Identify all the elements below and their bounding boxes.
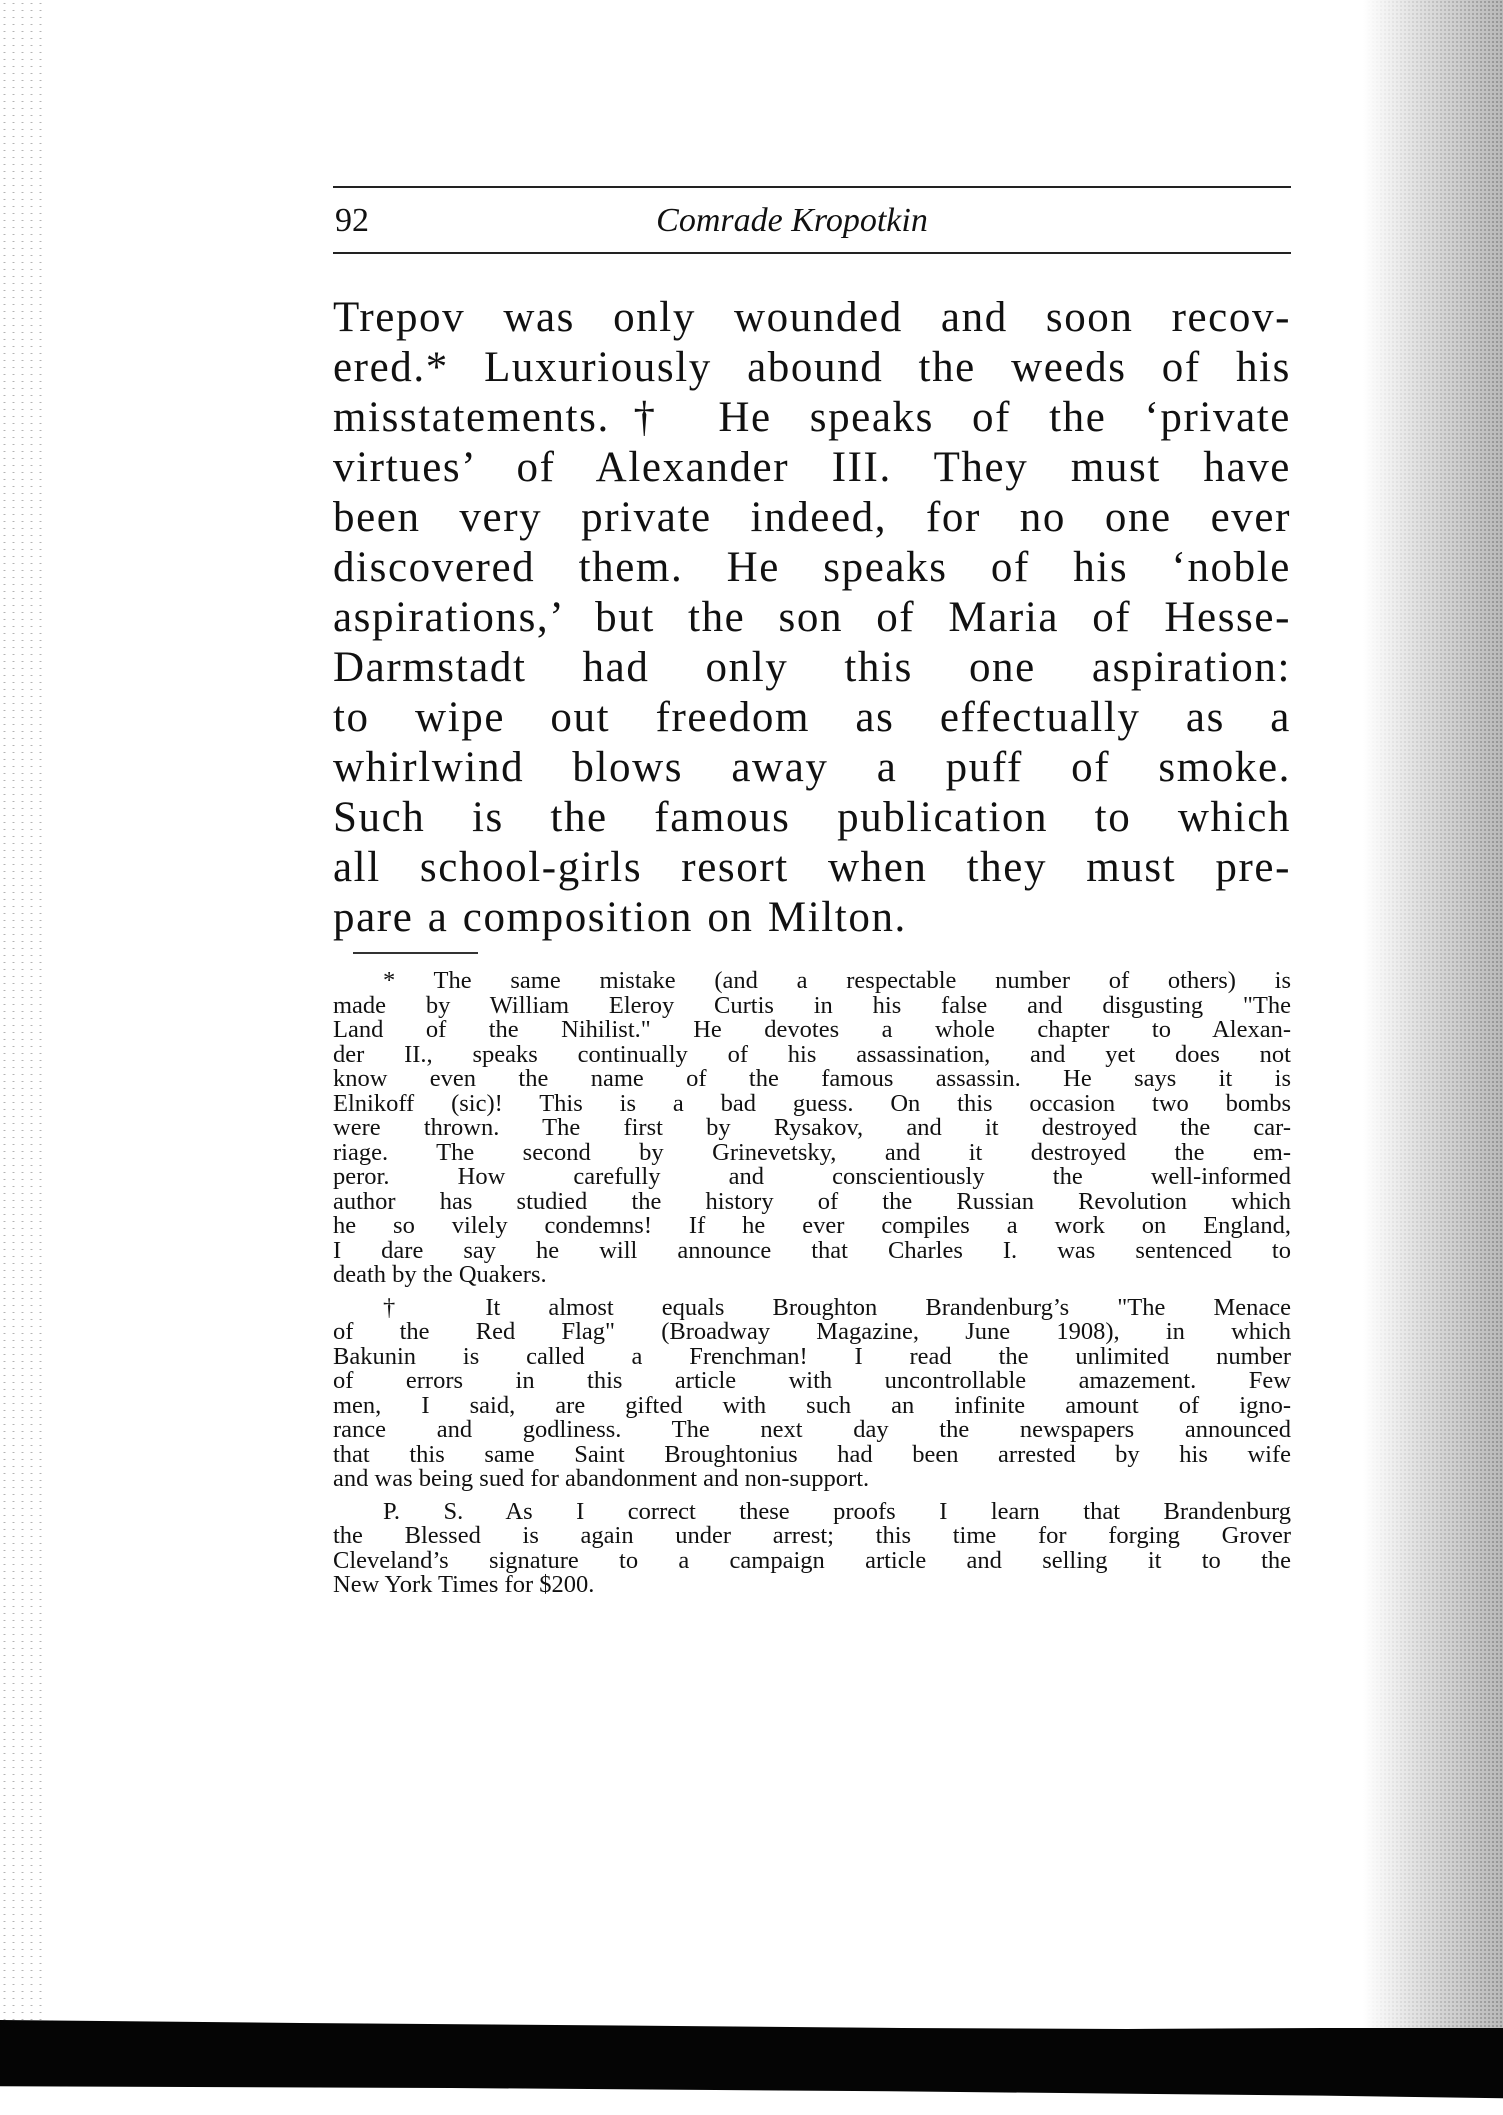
footnote-line: Land of the Nihilist." He devotes a whol… <box>333 1018 1291 1043</box>
body-line: virtues’ of Alexander III. They must hav… <box>333 443 1291 493</box>
footnote-line: Bakunin is called a Frenchman! I read th… <box>333 1345 1291 1370</box>
body-line: misstatements.† He speaks of the ‘privat… <box>333 393 1291 443</box>
footnote-separator <box>353 952 478 954</box>
footnote-line: der II., speaks continually of his assas… <box>333 1043 1291 1068</box>
footnote-postscript: P. S. As I correct these proofs I learn … <box>333 1500 1291 1598</box>
footnote-line: I dare say he will announce that Charles… <box>333 1239 1291 1264</box>
footnote-line: of the Red Flag" (Broadway Magazine, Jun… <box>333 1320 1291 1345</box>
footnote-line: that this same Saint Broughtonius had be… <box>333 1443 1291 1468</box>
footnotes: * The same mistake (and a respectable nu… <box>333 969 1291 1606</box>
body-line: aspirations,’ but the son of Maria of He… <box>333 593 1291 643</box>
footnote-line: peror. How carefully and conscientiously… <box>333 1165 1291 1190</box>
footnote-line: Cleveland’s signature to a campaign arti… <box>333 1549 1291 1574</box>
running-title: Comrade Kropotkin <box>333 202 1291 240</box>
body-line: Such is the famous publication to which <box>333 793 1291 843</box>
footnote-line: men, I said, are gifted with such an inf… <box>333 1394 1291 1419</box>
footnote-line: death by the Quakers. <box>333 1263 1291 1288</box>
footnote-line: know even the name of the famous assassi… <box>333 1067 1291 1092</box>
body-line: pare a composition on Milton. <box>333 893 1291 943</box>
footnote-line: author has studied the history of the Ru… <box>333 1190 1291 1215</box>
footnote-asterisk: * The same mistake (and a respectable nu… <box>333 969 1291 1288</box>
footnote-line: the Blessed is again under arrest; this … <box>333 1524 1291 1549</box>
footnote-line: of errors in this article with uncontrol… <box>333 1369 1291 1394</box>
footnote-line: he so vilely condemns! If he ever compil… <box>333 1214 1291 1239</box>
body-line: been very private indeed, for no one eve… <box>333 493 1291 543</box>
body-line: to wipe out freedom as effectually as a <box>333 693 1291 743</box>
footnote-line: New York Times for $200. <box>333 1573 1291 1598</box>
body-line: Darmstadt had only this one aspiration: <box>333 643 1291 693</box>
footnote-line: Elnikoff (sic)! This is a bad guess. On … <box>333 1092 1291 1117</box>
scan-right-edge-shadow <box>1363 0 1503 2030</box>
scan-left-edge-texture <box>0 0 48 2030</box>
footnote-line: rance and godliness. The next day the ne… <box>333 1418 1291 1443</box>
footnote-line: and was being sued for abandonment and n… <box>333 1467 1291 1492</box>
body-line: ered.* Luxuriously abound the weeds of h… <box>333 343 1291 393</box>
body-line: all school-girls resort when they must p… <box>333 843 1291 893</box>
footnote-line: † It almost equals Broughton Brandenburg… <box>333 1296 1291 1321</box>
footnote-line: * The same mistake (and a respectable nu… <box>333 969 1291 994</box>
body-paragraph: Trepov was only wounded and soon recov- … <box>333 293 1291 943</box>
running-head: 92 Comrade Kropotkin <box>333 186 1291 254</box>
footnote-dagger: † It almost equals Broughton Brandenburg… <box>333 1296 1291 1492</box>
footnote-line: were thrown. The first by Rysakov, and i… <box>333 1116 1291 1141</box>
footnote-line: P. S. As I correct these proofs I learn … <box>333 1500 1291 1525</box>
footnote-line: made by William Eleroy Curtis in his fal… <box>333 994 1291 1019</box>
footnote-line: riage. The second by Grinevetsky, and it… <box>333 1141 1291 1166</box>
body-line: Trepov was only wounded and soon recov- <box>333 293 1291 343</box>
body-line: discovered them. He speaks of his ‘noble <box>333 543 1291 593</box>
scan-bottom-black-band <box>0 2020 1503 2105</box>
body-line: whirlwind blows away a puff of smoke. <box>333 743 1291 793</box>
